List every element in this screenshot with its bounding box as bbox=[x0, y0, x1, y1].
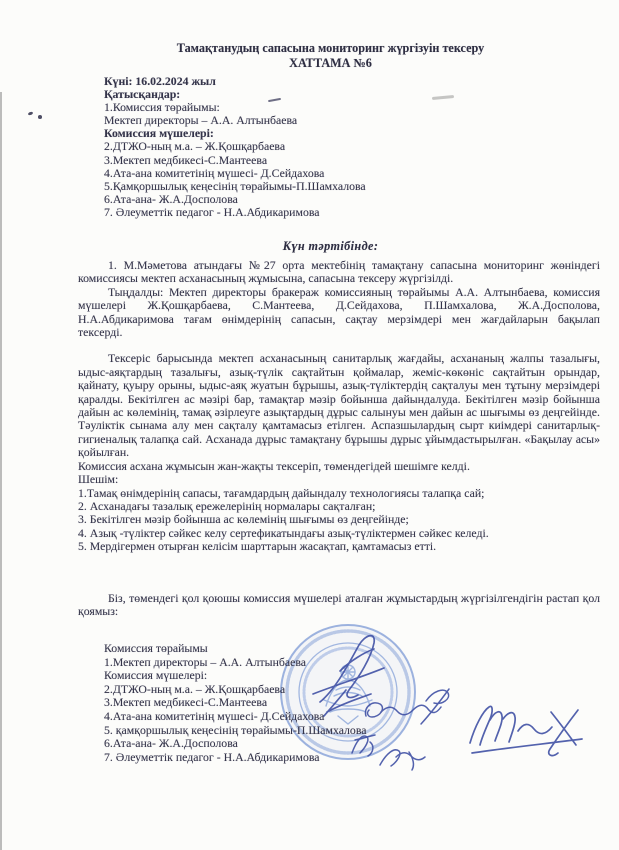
member-line: 2.ДТЖО-ның м.а. – Ж.Қошқарбаева bbox=[104, 140, 595, 153]
decision-item: 4. Азық -түліктер сәйкес келу сертефикат… bbox=[78, 527, 600, 540]
signature-shamkhalova bbox=[470, 706, 582, 755]
pen-mark-dot bbox=[28, 111, 34, 116]
decision-item: 5. Мердігермен отырған келісім шарттарын… bbox=[78, 540, 600, 553]
decision-list: 1.Тамақ өнімдерінің сапасы, тағамдардың … bbox=[78, 487, 600, 554]
signature-line: 1.Мектеп директоры – А.А. Алтынбаева bbox=[104, 656, 366, 670]
pen-mark-dot bbox=[38, 115, 42, 119]
scan-edge-line bbox=[0, 92, 2, 850]
signature-line: 5. қамқоршылық кеңесінің төрайымы-П.Шамх… bbox=[104, 724, 366, 738]
signature-list: Комиссия төрайымы1.Мектеп директоры – А.… bbox=[104, 642, 366, 764]
member-line: 6.Ата-ана- Ж.А.Досполова bbox=[104, 193, 595, 206]
agenda-heading: Күн тәртібінде: bbox=[70, 239, 591, 254]
paragraph-inspection: Тексеріс барысында мектеп асханасының са… bbox=[78, 352, 600, 459]
signature-line: Комиссия төрайымы bbox=[104, 642, 366, 656]
signature-line: Комиссия мүшелері: bbox=[104, 669, 366, 683]
signature-line: 2.ДТЖО-ның м.а. – Ж.Қошқарбаева bbox=[104, 683, 366, 697]
closing-paragraph: Біз, төмендегі қол қоюшы комиссия мүшеле… bbox=[78, 592, 600, 619]
signature-line: 6.Ата-ана- Ж.А.Досполова bbox=[104, 737, 366, 751]
signature-line: 3.Мектеп медбикесі-С.Мантеева bbox=[104, 696, 366, 710]
protocol-number: ХАТТАМА №6 bbox=[70, 56, 591, 71]
document-header: Тамақтанудың сапасына мониторинг жүргізу… bbox=[70, 41, 591, 70]
participants-section: Күні: 16.02.2024 жыл Қатысқандар: 1.Коми… bbox=[104, 75, 595, 219]
members-list: 2.ДТЖО-ның м.а. – Ж.Қошқарбаева3.Мектеп … bbox=[104, 140, 595, 219]
document-title: Тамақтанудың сапасына мониторинг жүргізу… bbox=[70, 41, 591, 56]
decision-item: 1.Тамақ өнімдерінің сапасы, тағамдардың … bbox=[78, 487, 600, 500]
body-text: 1. М.Мәметова атындағы №27 орта мектебін… bbox=[78, 259, 600, 554]
decision-item: 2. Асханадағы тазалық ережелерінің норма… bbox=[78, 500, 600, 513]
signature-line: 7. Әлеуметтік педагог - Н.А.Абдикаримова bbox=[104, 751, 366, 765]
signature-line: 4.Ата-ана комитетінің мүшесі- Д.Сейдахов… bbox=[104, 710, 366, 724]
member-line: 3.Мектеп медбикесі-С.Мантеева bbox=[104, 154, 595, 167]
decision-item: 3. Бекітілген мәзір бойынша ас көлемінің… bbox=[78, 513, 600, 526]
paragraph-heard: Тыңдалды: Мектеп директоры бракераж коми… bbox=[78, 286, 600, 340]
member-line: 7. Әлеуметтік педагог - Н.А.Абдикаримова bbox=[104, 206, 595, 219]
scanned-protocol-document: Тамақтанудың сапасына мониторинг жүргізу… bbox=[0, 0, 619, 850]
member-line: 5.Қамқоршылық кеңесінің төрайымы-П.Шамха… bbox=[104, 180, 595, 193]
decision-heading: Шешім: bbox=[78, 473, 600, 486]
member-line: 4.Ата-ана комитетінің мүшесі- Д.Сейдахов… bbox=[104, 167, 595, 180]
decision-intro: Комиссия асхана жұмысын жан-жақты тексер… bbox=[78, 460, 600, 473]
paragraph-monitoring: 1. М.Мәметова атындағы №27 орта мектебін… bbox=[78, 259, 600, 286]
